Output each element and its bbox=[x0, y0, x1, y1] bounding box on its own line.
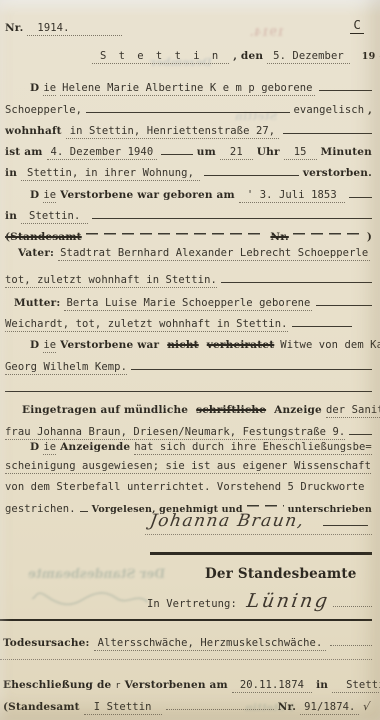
father-row: Vater: Stadtrat Bernhard Alexander Lebre… bbox=[18, 247, 372, 261]
informant-value: der Sanitätsratehe= bbox=[326, 404, 380, 418]
deceased-name-row: D ie Helene Marie Albertine K e m p gebo… bbox=[30, 76, 372, 96]
religion-comma: , bbox=[368, 104, 372, 116]
cause-label: Todesursache: bbox=[3, 637, 90, 649]
die-typed: ie bbox=[43, 82, 56, 96]
marriage-in-label: in bbox=[316, 679, 328, 691]
den-label: , den bbox=[233, 50, 263, 62]
born-label: Verstorbene war geboren am bbox=[60, 189, 235, 201]
struck-nicht: nicht bbox=[167, 339, 199, 351]
date-value: 5. Dezember bbox=[267, 50, 350, 64]
deputy-label: In Vertretung: bbox=[147, 598, 237, 610]
blank-line bbox=[166, 695, 274, 710]
registered-label: Eingetragen auf mündliche bbox=[22, 404, 188, 416]
blank-line bbox=[292, 312, 352, 327]
informant-details: frau Johanna Braun, Driesen/Neumark, Fes… bbox=[5, 426, 345, 440]
died-on-label: ist am bbox=[5, 146, 43, 158]
blank-line bbox=[316, 291, 372, 306]
marriage-row: Eheschließung de r Verstorbenen am 20.11… bbox=[3, 673, 372, 693]
declaration-row-2: scheinigung ausgewiesen; sie ist aus eig… bbox=[5, 460, 372, 474]
die-print: D bbox=[30, 339, 39, 351]
birth-date-value: ' 3. Juli 1853 bbox=[239, 189, 345, 203]
maiden-name: Schoepperle, bbox=[5, 104, 82, 116]
struck-registry-row: (Standesamt Nr. ) bbox=[5, 226, 372, 243]
blank-line bbox=[86, 98, 289, 113]
death-place-row: in Stettin, in ihrer Wohnung, verstorben… bbox=[5, 161, 372, 181]
record-number-row: Nr. 1914. bbox=[5, 22, 372, 36]
uhr-label: Uhr bbox=[257, 146, 280, 158]
marriage-place-value: Stettin bbox=[332, 679, 380, 693]
declaration-row-1: D ie Anzeigende hat sich durch ihre Ehes… bbox=[30, 441, 372, 455]
check-mark: √ bbox=[362, 700, 373, 713]
city-value: S t e t t i n bbox=[92, 50, 229, 64]
marital-label: Verstorbene war bbox=[60, 339, 159, 351]
birth-place-row: in Stettin. bbox=[5, 204, 372, 224]
spouse-name: Georg Wilhelm Kemp. bbox=[5, 361, 127, 375]
registration-row: Eingetragen auf mündliche schriftliche A… bbox=[22, 399, 372, 418]
marriage-date-value: 20.11.1874 bbox=[232, 679, 312, 693]
um-label: um bbox=[197, 146, 216, 158]
mother-row: Mutter: Berta Luise Marie Schoepperle ge… bbox=[14, 291, 372, 311]
deceased-name: Helene Marie Albertine K e m p geborene bbox=[60, 82, 314, 96]
religion-value: evangelisch bbox=[294, 104, 365, 116]
die-typed: ie bbox=[43, 189, 56, 203]
marriage-registry-row: (Standesamt I Stettin Nr. 91/1874. √ bbox=[3, 695, 372, 715]
die-typed: ie bbox=[43, 441, 56, 455]
marital-value: Witwe von dem Kaufmann bbox=[278, 339, 380, 351]
blank-line bbox=[283, 119, 372, 134]
blank-line bbox=[349, 183, 372, 198]
struck-schriftliche: schriftliche bbox=[196, 404, 266, 416]
die-typed: ie bbox=[43, 339, 56, 353]
father-label: Vater: bbox=[18, 247, 54, 259]
die-print: D bbox=[30, 189, 39, 201]
die-print: D bbox=[30, 441, 39, 453]
death-place-value: Stettin, in ihrer Wohnung, bbox=[21, 167, 200, 181]
maiden-name-row: Schoepperle, evangelisch , bbox=[5, 98, 372, 116]
anzeigende-label: Anzeigende bbox=[60, 441, 130, 453]
in-label: in bbox=[5, 167, 17, 179]
standesamt-struck-label: (Standesamt bbox=[5, 231, 82, 243]
marital-status-row-2: Georg Wilhelm Kemp. bbox=[5, 355, 372, 375]
cause-value: Altersschwäche, Herzmuskelschwäche. bbox=[94, 637, 327, 651]
blank-line bbox=[221, 268, 372, 283]
corner-letter: C bbox=[350, 17, 364, 34]
mother-label: Mutter: bbox=[14, 297, 60, 309]
strike-dashes bbox=[86, 226, 267, 240]
blank-line bbox=[349, 420, 372, 435]
strike-dashes bbox=[293, 226, 363, 240]
registry-value: I Stettin bbox=[84, 701, 162, 715]
registry-nr-label: Nr. bbox=[278, 701, 296, 713]
declaration-text-4: gestrichen. bbox=[5, 503, 76, 515]
registry-label: (Standesamt bbox=[3, 701, 80, 713]
blank-line bbox=[161, 140, 192, 155]
registry-nr-value: 91/1874. bbox=[300, 701, 359, 715]
hour-value: 21 bbox=[220, 146, 253, 160]
informant-signature: Johanna Braun, bbox=[148, 511, 306, 531]
section-divider bbox=[0, 619, 372, 621]
registrar-title: Der Standesbeamte bbox=[205, 566, 357, 582]
record-number-value: 1914. bbox=[27, 22, 122, 36]
father-row-2: tot, zuletzt wohnhaft in Stettin. bbox=[5, 268, 372, 288]
paren-close: ) bbox=[367, 231, 372, 243]
declaration-text-3: von dem Sterbefall unterrichtet. Vorsteh… bbox=[5, 481, 365, 493]
record-number-label: Nr. bbox=[5, 22, 23, 34]
bleedthrough-signature-squiggle bbox=[29, 588, 151, 610]
in-label: in bbox=[5, 210, 17, 222]
declaration-row-3: von dem Sterbefall unterrichtet. Vorsteh… bbox=[5, 481, 372, 493]
marriage-label-b: Verstorbenen am bbox=[125, 679, 228, 691]
cause-of-death-row: Todesursache: Altersschwäche, Herzmuskel… bbox=[3, 631, 372, 651]
marriage-r-typed: r bbox=[115, 681, 120, 691]
blank-line bbox=[80, 497, 88, 512]
father-status: tot, zuletzt wohnhaft in Stettin. bbox=[5, 274, 217, 288]
bleedthrough-registrar-title: Der Standesbeamte bbox=[27, 566, 166, 581]
informant-row-2: frau Johanna Braun, Driesen/Neumark, Fes… bbox=[5, 420, 372, 440]
place-date-row: S t e t t i n , den 5. Dezember 19 40. bbox=[92, 50, 372, 64]
informant-signature-row: Johanna Braun, bbox=[150, 511, 372, 531]
mother-row-2: Weichardt, tot, zuletzt wohnhaft in Stet… bbox=[5, 312, 372, 332]
mother-name: Berta Luise Marie Schoepperle geborene bbox=[64, 297, 312, 311]
blank-row bbox=[5, 377, 372, 392]
minute-value: 15 bbox=[284, 146, 317, 160]
residence-row: wohnhaft in Stettin, Henriettenstraße 27… bbox=[5, 119, 372, 139]
resident-label: wohnhaft bbox=[5, 125, 62, 137]
death-date-value: 4. Dezember 1940 bbox=[47, 146, 158, 160]
death-certificate-scan: 1914. Dezember Stettin Der Standesbeamte… bbox=[0, 0, 380, 720]
marital-status-row: D ie Verstorbene war nicht verheiratet W… bbox=[30, 334, 372, 353]
declaration-text-1: hat sich durch ihre Eheschließungsbe= bbox=[134, 441, 372, 455]
registrar-signature-row: In Vertretung: Lüning bbox=[147, 590, 372, 612]
blank-line bbox=[131, 355, 372, 370]
death-datetime-row: ist am 4. Dezember 1940 um 21 Uhr 15 Min… bbox=[5, 140, 372, 160]
residence-value: in Stettin, Henriettenstraße 27, bbox=[66, 125, 280, 139]
anzeige-label: Anzeige bbox=[274, 404, 322, 416]
signature-dash bbox=[323, 511, 368, 526]
blank-line bbox=[92, 204, 372, 219]
birth-place-value: Stettin. bbox=[21, 210, 88, 224]
blank-line bbox=[330, 631, 372, 646]
minuten-label: Minuten bbox=[321, 146, 372, 158]
declaration-text-2: scheinigung ausgewiesen; sie ist aus eig… bbox=[5, 460, 371, 474]
birth-date-row: D ie Verstorbene war geboren am ' 3. Jul… bbox=[30, 183, 372, 203]
century-print: 19 bbox=[362, 51, 376, 62]
blank-line bbox=[204, 161, 299, 176]
blank-line bbox=[319, 76, 372, 91]
struck-verheiratet: verheiratet bbox=[207, 339, 275, 351]
registrar-title-row: Der Standesbeamte bbox=[205, 566, 372, 582]
section-divider-heavy bbox=[150, 552, 372, 555]
nr-struck-label: Nr. bbox=[270, 231, 288, 243]
dotted-divider bbox=[0, 659, 372, 660]
blank-line bbox=[5, 377, 372, 392]
registrar-signature: Lüning bbox=[245, 590, 331, 612]
die-print: D bbox=[30, 82, 39, 94]
mother-status: Weichardt, tot, zuletzt wohnhaft in Stet… bbox=[5, 318, 288, 332]
signature-underline bbox=[145, 534, 372, 535]
father-name: Stadtrat Bernhard Alexander Lebrecht Sch… bbox=[58, 247, 370, 261]
filler-dashes bbox=[247, 497, 284, 511]
blank-line bbox=[333, 592, 372, 607]
marriage-label-a: Eheschließung de bbox=[3, 679, 111, 691]
verstorben-label: verstorben. bbox=[303, 167, 372, 179]
